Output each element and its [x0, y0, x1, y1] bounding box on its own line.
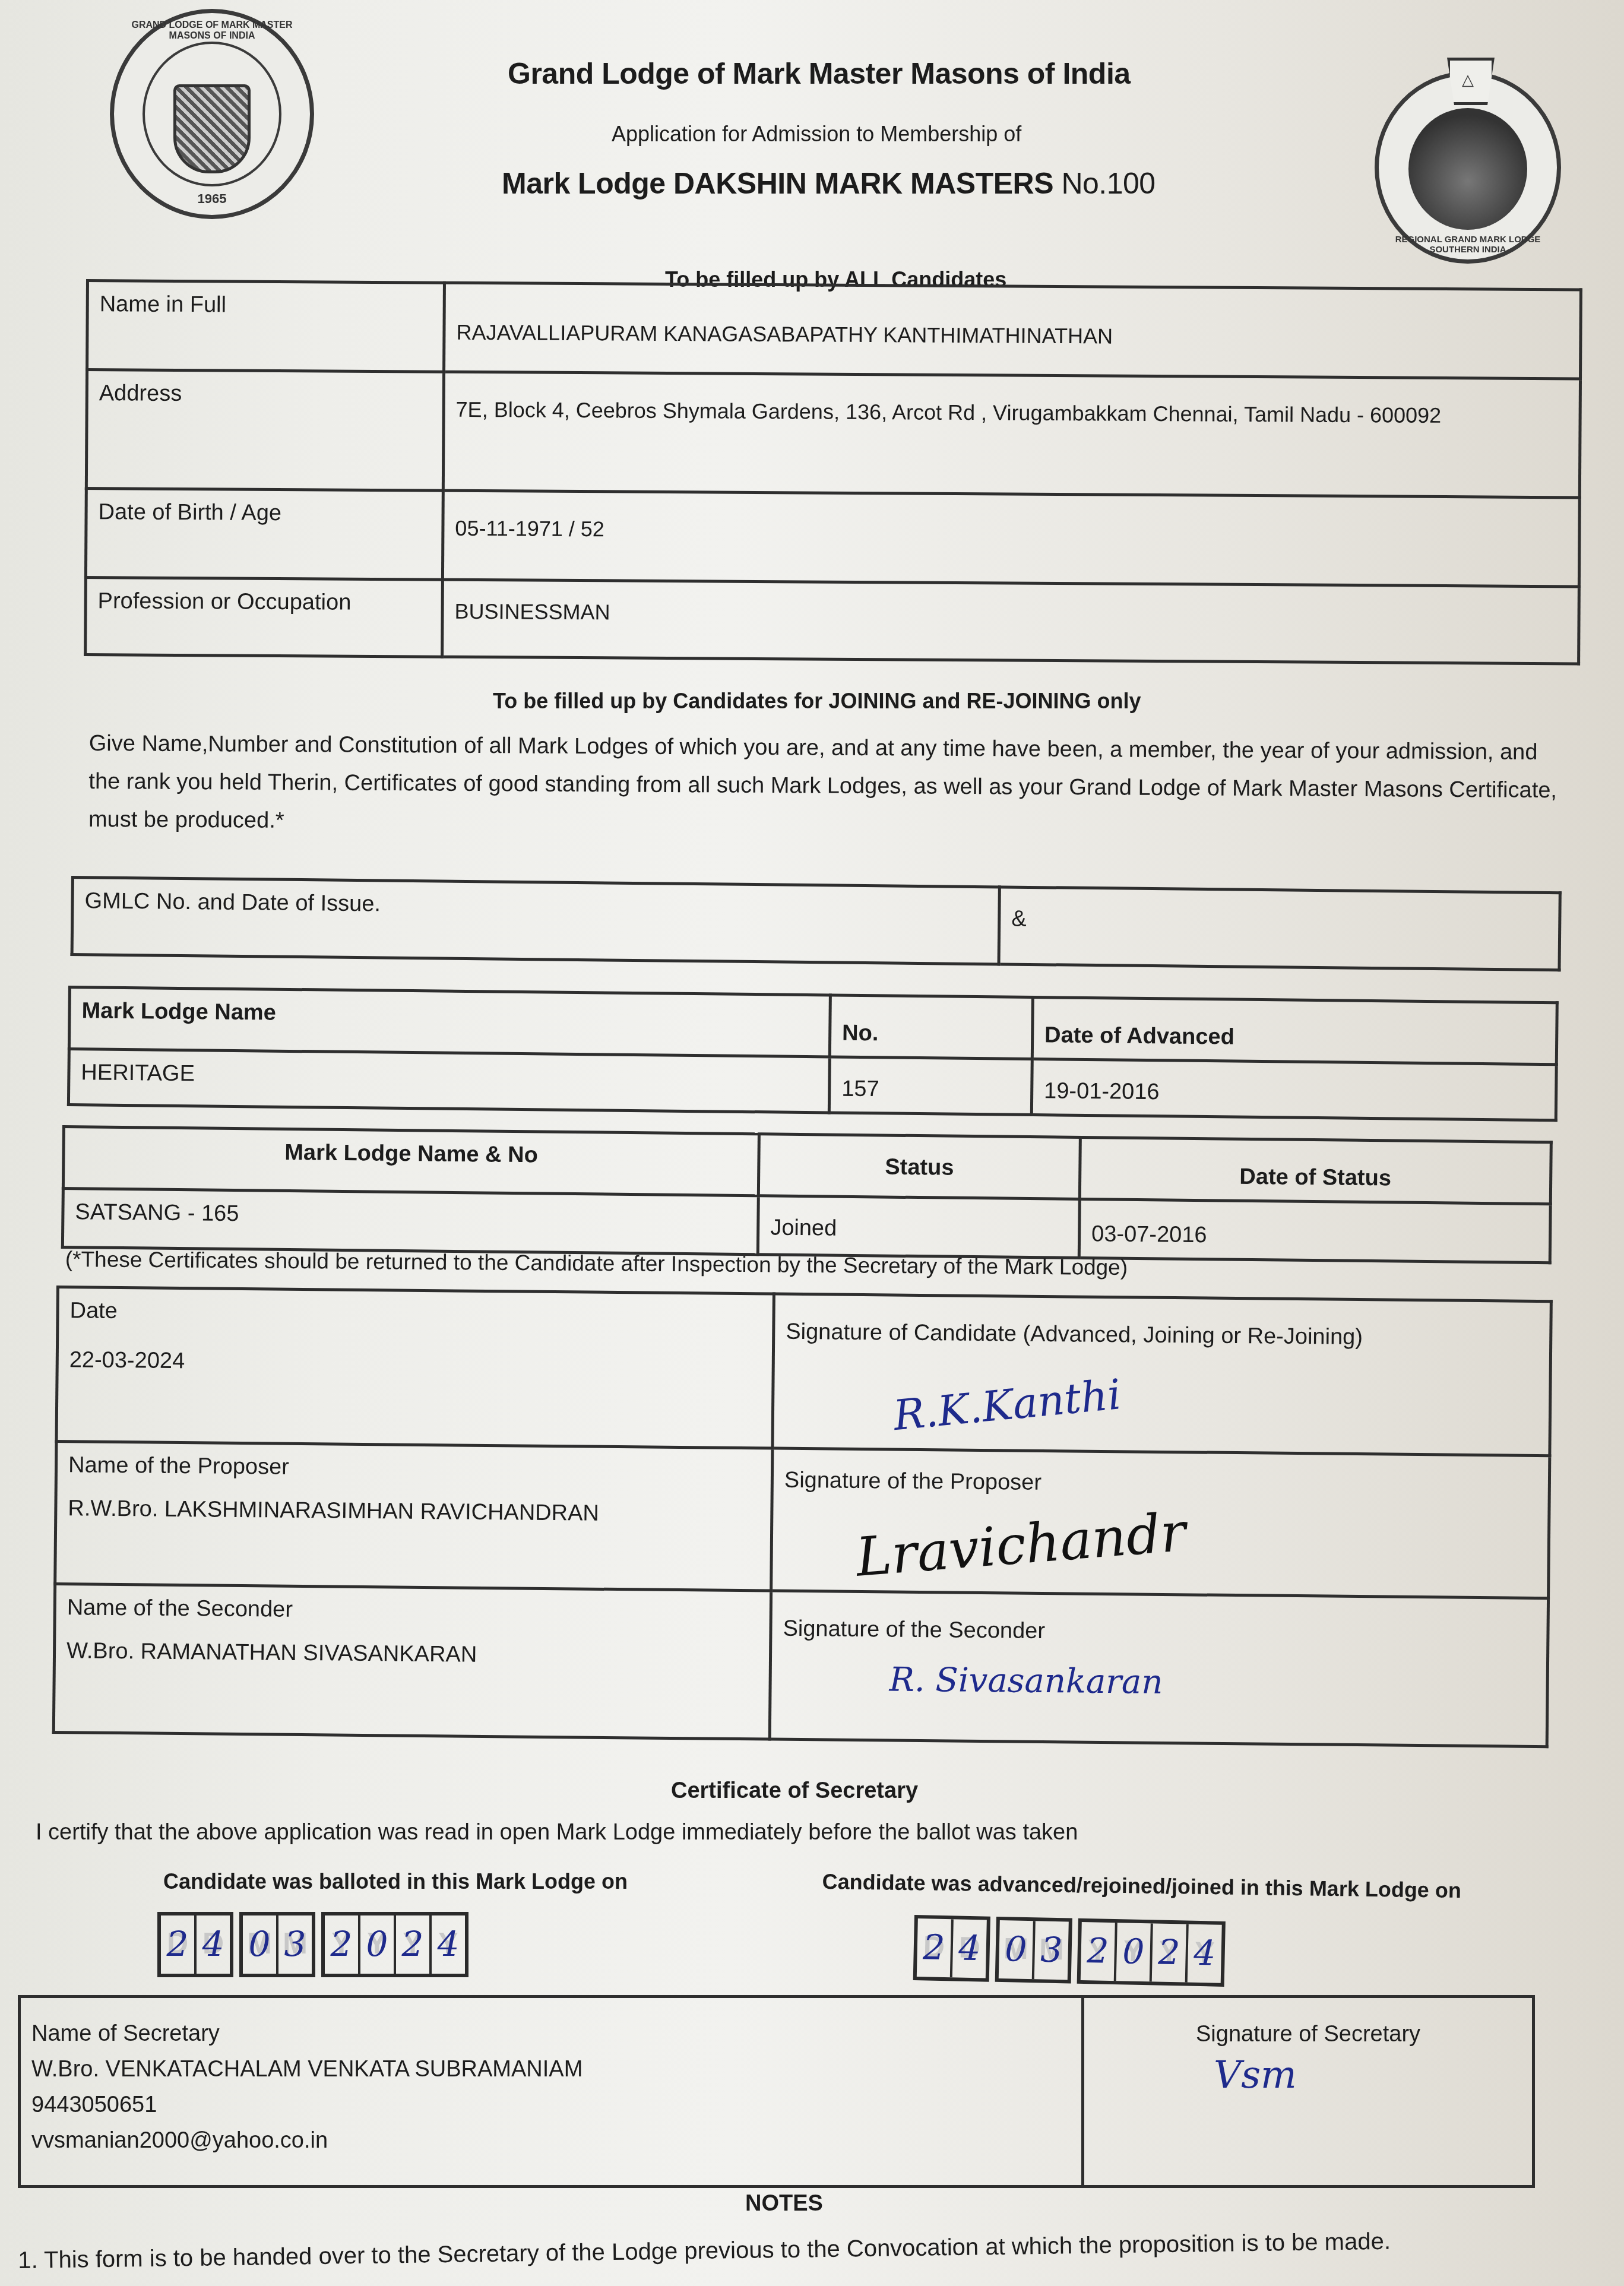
handwritten-digit: 2 — [917, 1927, 951, 1968]
regional-lodge-seal-icon: △ REGIONAL GRAND MARK LODGE SOUTHERN IND… — [1375, 71, 1561, 264]
secretary-signature-cell[interactable]: Signature of Secretary Vsm — [1083, 1997, 1534, 2187]
seal-year: 1965 — [114, 191, 310, 207]
date-digit-box[interactable]: M0 — [243, 1915, 278, 1974]
dob-value[interactable]: 05-11-1971 / 52 — [442, 490, 1579, 587]
balloted-date-boxes[interactable]: D2D4M0M3Y2Y0Y2Y4 — [157, 1912, 468, 1977]
handwritten-digit: 2 — [161, 1924, 194, 1964]
date-digit-box[interactable]: Y0 — [1116, 1923, 1153, 1981]
table-row: Name in Full RAJAVALLIAPURAM KANAGASABAP… — [87, 281, 1581, 379]
seconder-cell[interactable]: Name of the Seconder W.Bro. RAMANATHAN S… — [53, 1584, 771, 1740]
lodge-name-cell[interactable]: HERITAGE — [68, 1049, 830, 1113]
gmlc-label: GMLC No. and Date of Issue. — [72, 878, 999, 964]
date-digit-box[interactable]: Y2 — [1152, 1923, 1189, 1982]
column-header: Status — [758, 1134, 1080, 1199]
seconder-signature-label: Signature of the Seconder — [783, 1616, 1536, 1649]
balloted-label: Candidate was balloted in this Mark Lodg… — [163, 1869, 628, 1894]
date-box-group: M0M3 — [239, 1912, 315, 1977]
date-digit-box[interactable]: D2 — [917, 1918, 954, 1977]
profession-value[interactable]: BUSINESSMAN — [442, 580, 1579, 664]
secretary-email[interactable]: vvsmanian2000@yahoo.co.in — [31, 2123, 1071, 2158]
candidate-details-table: Name in Full RAJAVALLIAPURAM KANAGASABAP… — [84, 279, 1582, 665]
proposer-cell[interactable]: Name of the Proposer R.W.Bro. LAKSHMINAR… — [55, 1442, 773, 1591]
handwritten-digit: 2 — [1152, 1932, 1186, 1972]
date-digit-box[interactable]: M0 — [999, 1920, 1036, 1979]
shield-icon — [173, 84, 251, 173]
date-box-group: Y2Y0Y2Y4 — [321, 1912, 468, 1977]
temple-gopuram-icon — [1408, 108, 1527, 230]
date-digit-box[interactable]: Y4 — [432, 1915, 465, 1974]
certificate-title: Certificate of Secretary — [671, 1778, 918, 1804]
date-box-group: D2D4 — [913, 1915, 990, 1982]
table-row: Name of the Seconder W.Bro. RAMANATHAN S… — [53, 1584, 1548, 1747]
date-box-group: D2D4 — [157, 1912, 233, 1977]
column-header: Mark Lodge Name & No — [63, 1127, 759, 1196]
table-row: Name of the Proposer R.W.Bro. LAKSHMINAR… — [55, 1442, 1550, 1598]
date-digit-box[interactable]: M3 — [1034, 1921, 1069, 1980]
column-header: No. — [830, 995, 1033, 1059]
lodge-status-table: Mark Lodge Name & No Status Date of Stat… — [61, 1125, 1553, 1264]
proposer-name: R.W.Bro. LAKSHMINARASIMHAN RAVICHANDRAN — [68, 1496, 759, 1528]
lodge-number-cell[interactable]: 157 — [829, 1057, 1032, 1115]
seconder-name: W.Bro. RAMANATHAN SIVASANKARAN — [67, 1638, 758, 1670]
advanced-label: Candidate was advanced/rejoined/joined i… — [822, 1869, 1461, 1903]
table-row: Profession or Occupation BUSINESSMAN — [86, 578, 1579, 664]
handwritten-digit: 4 — [1188, 1933, 1221, 1974]
date-value: 22-03-2024 — [69, 1347, 761, 1379]
date-cell[interactable]: Date 22-03-2024 — [56, 1287, 774, 1449]
joining-caption: To be filled up by Candidates for JOININ… — [493, 689, 1141, 714]
date-box-group: M0M3 — [995, 1917, 1072, 1984]
secretary-table: Name of Secretary W.Bro. VENKATACHALAM V… — [18, 1995, 1535, 2188]
ampersand-separator: & — [1011, 907, 1027, 932]
secretary-signature: Vsm — [1095, 2053, 1521, 2097]
handwritten-digit: 0 — [243, 1924, 276, 1964]
secretary-signature-label: Signature of Secretary — [1095, 2022, 1521, 2047]
address-label: Address — [86, 370, 444, 491]
form-subtitle: Application for Admission to Membership … — [612, 122, 1021, 147]
date-of-status-cell[interactable]: 03-07-2016 — [1079, 1199, 1550, 1262]
secretary-details-cell[interactable]: Name of Secretary W.Bro. VENKATACHALAM V… — [20, 1997, 1083, 2187]
date-digit-box[interactable]: Y0 — [360, 1915, 396, 1974]
secretary-name-label: Name of Secretary — [31, 2016, 1071, 2051]
address-value[interactable]: 7E, Block 4, Ceebros Shymala Gardens, 13… — [443, 372, 1580, 498]
table-row: GMLC No. and Date of Issue. & — [72, 878, 1560, 970]
date-digit-box[interactable]: D4 — [952, 1919, 987, 1978]
table-row: Date of Birth / Age 05-11-1971 / 52 — [86, 489, 1579, 587]
date-digit-box[interactable]: Y4 — [1188, 1924, 1222, 1983]
certificate-statement: I certify that the above application was… — [36, 1820, 1078, 1845]
date-label: Date — [69, 1298, 761, 1330]
handwritten-digit: 2 — [1081, 1930, 1115, 1971]
proposer-label: Name of the Proposer — [68, 1452, 760, 1484]
joining-instructions: Give Name,Number and Constitution of all… — [88, 724, 1562, 847]
handwritten-digit: 0 — [1116, 1931, 1150, 1972]
date-digit-box[interactable]: D2 — [161, 1915, 197, 1974]
seal-ring-text: REGIONAL GRAND MARK LODGE SOUTHERN INDIA — [1379, 235, 1557, 255]
note-item: 1. This form is to be handed over to the… — [18, 2228, 1391, 2274]
handwritten-digit: 0 — [360, 1924, 394, 1964]
lodge-name-no-cell[interactable]: SATSANG - 165 — [62, 1189, 758, 1255]
date-digit-box[interactable]: M3 — [278, 1915, 312, 1974]
name-value[interactable]: RAJAVALLIAPURAM KANAGASABAPATHY KANTHIMA… — [444, 283, 1581, 379]
handwritten-digit: 4 — [952, 1927, 986, 1968]
lodge-name: Mark Lodge DAKSHIN MARK MASTERS — [502, 167, 1053, 200]
organization-title: Grand Lodge of Mark Master Masons of Ind… — [508, 56, 1131, 91]
handwritten-digit: 0 — [999, 1929, 1033, 1970]
candidate-signature-cell[interactable]: Signature of Candidate (Advanced, Joinin… — [773, 1294, 1551, 1456]
table-row: Address 7E, Block 4, Ceebros Shymala Gar… — [86, 370, 1580, 498]
date-digit-box[interactable]: D4 — [197, 1915, 230, 1974]
column-header: Date of Advanced — [1032, 998, 1557, 1065]
seconder-signature-cell[interactable]: Signature of the Seconder R. Sivasankara… — [770, 1591, 1548, 1747]
name-label: Name in Full — [87, 281, 445, 372]
date-box-group: Y2Y0Y2Y4 — [1077, 1918, 1226, 1987]
notes-title: NOTES — [745, 2191, 823, 2217]
column-header: Date of Status — [1079, 1137, 1551, 1204]
lodge-number: No.100 — [1061, 167, 1155, 200]
handwritten-digit: 3 — [1034, 1929, 1068, 1970]
table-row: Name of Secretary W.Bro. VENKATACHALAM V… — [20, 1997, 1534, 2187]
date-digit-box[interactable]: Y2 — [1081, 1922, 1118, 1981]
seconder-signature: R. Sivasankaran — [889, 1660, 1536, 1705]
date-digit-box[interactable]: Y2 — [396, 1915, 432, 1974]
secretary-name: W.Bro. VENKATACHALAM VENKATA SUBRAMANIAM — [31, 2051, 1071, 2087]
dob-label: Date of Birth / Age — [86, 489, 443, 580]
advanced-lodges-table: Mark Lodge Name No. Date of Advanced HER… — [67, 986, 1559, 1122]
proposer-signature-cell[interactable]: Signature of the Proposer Lravichandr — [771, 1448, 1550, 1598]
date-digit-box[interactable]: Y2 — [325, 1915, 360, 1974]
date-advanced-cell[interactable]: 19-01-2016 — [1031, 1059, 1556, 1120]
gmlc-date-field[interactable]: & — [999, 887, 1560, 970]
gmlc-table: GMLC No. and Date of Issue. & — [71, 876, 1562, 971]
seconder-label: Name of the Seconder — [67, 1595, 759, 1627]
lodge-title: Mark Lodge DAKSHIN MARK MASTERS No.100 — [502, 166, 1156, 201]
advanced-date-boxes[interactable]: D2D4M0M3Y2Y0Y2Y4 — [913, 1915, 1226, 1987]
column-header: Mark Lodge Name — [69, 987, 830, 1057]
handwritten-digit: 2 — [396, 1924, 429, 1964]
grand-lodge-seal-icon: GRAND LODGE OF MARK MASTER MASONS OF IND… — [110, 9, 314, 219]
secretary-phone: 9443050651 — [31, 2087, 1071, 2123]
profession-label: Profession or Occupation — [86, 578, 443, 657]
status-cell[interactable]: Joined — [758, 1196, 1079, 1258]
handwritten-digit: 2 — [325, 1924, 358, 1964]
table-row: Date 22-03-2024 Signature of Candidate (… — [56, 1287, 1551, 1456]
handwritten-digit: 4 — [197, 1924, 230, 1964]
seal-ring-text: GRAND LODGE OF MARK MASTER MASONS OF IND… — [114, 20, 310, 42]
application-form: GRAND LODGE OF MARK MASTER MASONS OF IND… — [0, 0, 1624, 2286]
handwritten-digit: 4 — [432, 1924, 465, 1964]
signatures-table: Date 22-03-2024 Signature of Candidate (… — [52, 1286, 1553, 1748]
triangle-icon: △ — [1462, 71, 1474, 89]
handwritten-digit: 3 — [278, 1924, 312, 1964]
